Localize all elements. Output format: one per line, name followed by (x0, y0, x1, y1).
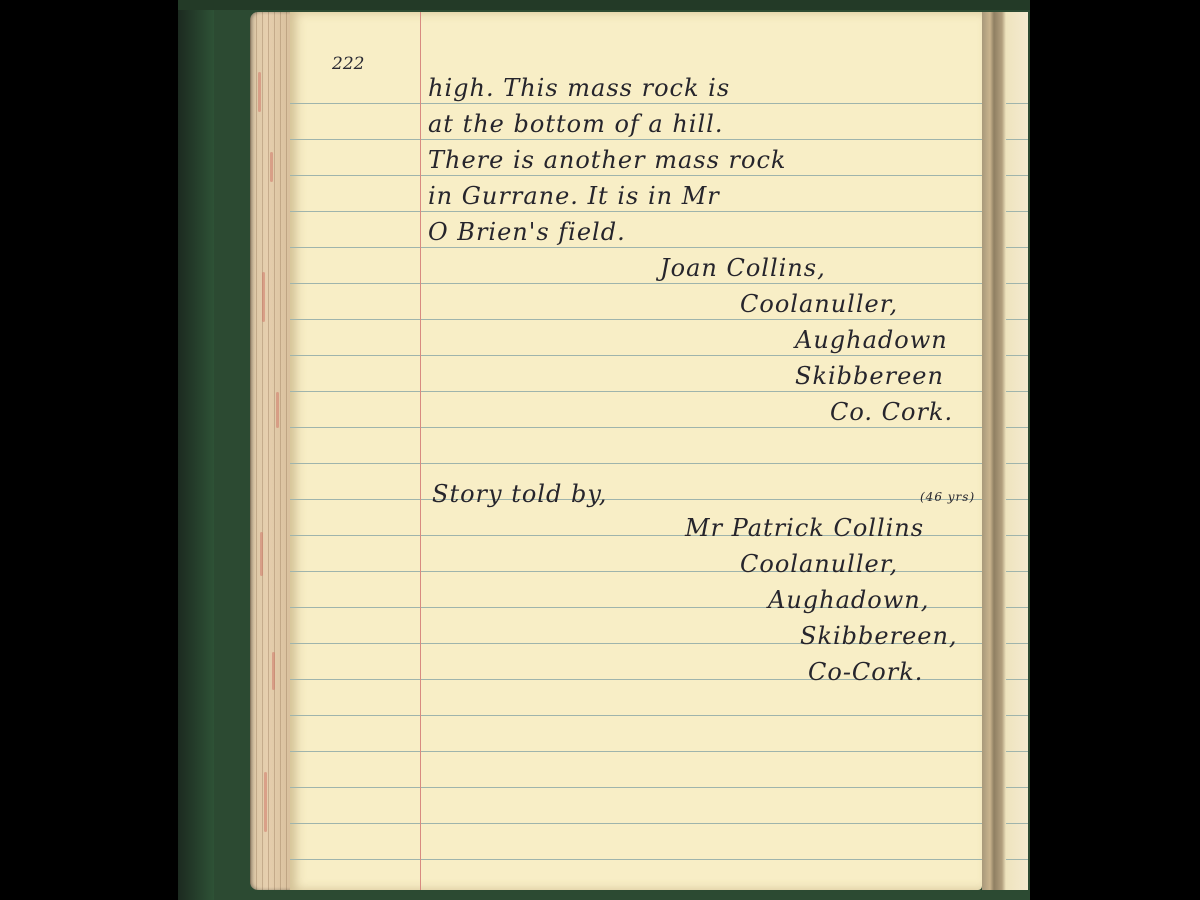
body-line: at the bottom of a hill. (428, 110, 723, 138)
writer-address-line: Skibbereen (795, 362, 944, 390)
story-told-by-label: Story told by, (432, 480, 607, 508)
paper: 222 high. This mass rock is at the botto… (290, 12, 982, 890)
cover-top-edge (178, 0, 1030, 10)
page-edges (250, 12, 292, 890)
writer-address-line: Aughadown (795, 326, 948, 354)
writer-address-line: Co. Cork. (830, 398, 953, 426)
informant-address-line: Coolanuller, (740, 550, 898, 578)
page-number: 222 (332, 54, 364, 74)
cover-spine-shadow (178, 0, 214, 900)
red-margin-line (420, 12, 421, 890)
informant-name: Mr Patrick Collins (685, 514, 924, 542)
body-line: O Brien's field. (428, 218, 626, 246)
writer-name: Joan Collins, (660, 254, 826, 282)
informant-address-line: Skibbereen, (800, 622, 958, 650)
writer-address-line: Coolanuller, (740, 290, 898, 318)
body-line: There is another mass rock (428, 146, 786, 174)
facing-page-fold (982, 12, 1028, 890)
informant-address-line: Aughadown, (768, 586, 929, 614)
body-line: high. This mass rock is (428, 74, 730, 102)
body-line: in Gurrane. It is in Mr (428, 182, 720, 210)
informant-address-line: Co-Cork. (808, 658, 923, 686)
notebook-page: 222 high. This mass rock is at the botto… (250, 12, 982, 890)
informant-age: (46 yrs) (920, 490, 975, 504)
